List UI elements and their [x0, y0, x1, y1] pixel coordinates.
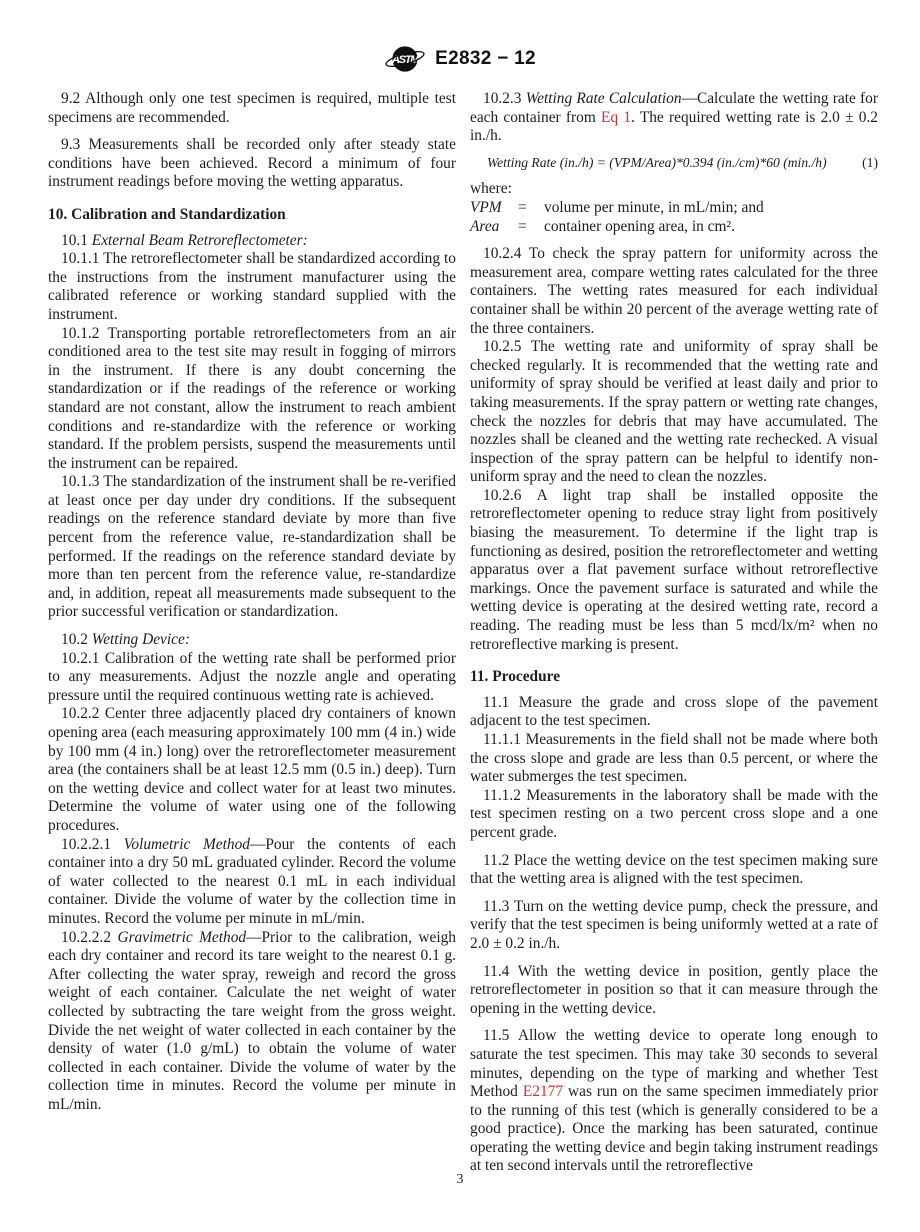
e2177-reference-link[interactable]: E2177 [523, 1083, 563, 1100]
heading-section-11: 11. Procedure [470, 668, 878, 687]
subheading-10-1-title: External Beam Retroreflectometer: [92, 232, 308, 249]
definition-term: VPM [470, 199, 518, 218]
paragraph-10-2-2-1-number: 10.2.2.1 [61, 836, 111, 853]
paragraph-10-1-3: 10.1.3 The standardization of the instru… [48, 473, 456, 622]
paragraph-9-3: 9.3 Measurements shall be recorded only … [48, 136, 456, 192]
symbol-definitions: VPM = volume per minute, in mL/min; and … [470, 199, 878, 236]
paragraph-10-2-2-2: 10.2.2.2 Gravimetric Method—Prior to the… [48, 929, 456, 1115]
paragraph-10-2-2-2-text: —Prior to the calibration, weigh each dr… [48, 929, 456, 1113]
paragraph-10-2-2-2-method-name: Gravimetric Method [117, 929, 246, 946]
subheading-10-2-title: Wetting Device: [92, 631, 190, 648]
paragraph-11-4: 11.4 With the wetting device in position… [470, 963, 878, 1019]
paragraph-10-2-2-2-number: 10.2.2.2 [61, 929, 111, 946]
page-footer: 3 [0, 1172, 920, 1188]
paragraph-11-5: 11.5 Allow the wetting device to operate… [470, 1027, 878, 1176]
where-label: where: [470, 180, 878, 199]
paragraph-10-2-6: 10.2.6 A light trap shall be installed o… [470, 487, 878, 654]
eq-1-reference-link[interactable]: Eq 1 [601, 109, 631, 126]
equation-1-number: (1) [856, 154, 878, 173]
paragraph-11-3: 11.3 Turn on the wetting device pump, ch… [470, 898, 878, 954]
subheading-10-2-number: 10.2 [61, 631, 88, 648]
subheading-10-2: 10.2 Wetting Device: [48, 631, 456, 650]
paragraph-10-1-2: 10.1.2 Transporting portable retroreflec… [48, 325, 456, 474]
definition-row-vpm: VPM = volume per minute, in mL/min; and [470, 199, 878, 218]
equation-1: Wetting Rate (in./h) = (VPM/Area)*0.394 … [470, 154, 878, 173]
paragraph-10-2-3: 10.2.3 Wetting Rate Calculation—Calculat… [470, 90, 878, 146]
equation-1-body: Wetting Rate (in./h) = (VPM/Area)*0.394 … [487, 154, 827, 173]
subheading-10-1: 10.1 External Beam Retroreflectometer: [48, 232, 456, 251]
left-column: 9.2 Although only one test specimen is r… [48, 90, 456, 1176]
paragraph-11-1: 11.1 Measure the grade and cross slope o… [470, 694, 878, 731]
page-header: ASTM E2832 − 12 [0, 44, 920, 74]
equals-sign: = [518, 218, 544, 237]
paragraph-10-2-3-number: 10.2.3 [483, 90, 521, 107]
paragraph-11-2: 11.2 Place the wetting device on the tes… [470, 852, 878, 889]
heading-section-10: 10. Calibration and Standardization [48, 206, 456, 225]
equals-sign: = [518, 199, 544, 218]
paragraph-10-2-2: 10.2.2 Center three adjacently placed dr… [48, 705, 456, 835]
page-number: 3 [457, 1172, 464, 1187]
paragraph-11-1-2: 11.1.2 Measurements in the laboratory sh… [470, 787, 878, 843]
paragraph-10-2-2-1-method-name: Volumetric Method [124, 836, 250, 853]
paragraph-10-2-2-1: 10.2.2.1 Volumetric Method—Pour the cont… [48, 836, 456, 929]
definition-term: Area [470, 218, 518, 237]
paragraph-10-1-1: 10.1.1 The retroreflectometer shall be s… [48, 250, 456, 324]
two-column-body: 9.2 Although only one test specimen is r… [48, 90, 878, 1176]
definition-description: volume per minute, in mL/min; and [544, 199, 878, 218]
paragraph-10-2-1: 10.2.1 Calibration of the wetting rate s… [48, 650, 456, 706]
paragraph-10-2-3-method-name: Wetting Rate Calculation [526, 90, 682, 107]
definition-row-area: Area = container opening area, in cm². [470, 218, 878, 237]
definition-description: container opening area, in cm². [544, 218, 878, 237]
paragraph-11-1-1: 11.1.1 Measurements in the field shall n… [470, 731, 878, 787]
document-page: ASTM E2832 − 12 9.2 Although only one te… [0, 0, 920, 1232]
paragraph-10-2-4: 10.2.4 To check the spray pattern for un… [470, 245, 878, 338]
paragraph-10-2-5: 10.2.5 The wetting rate and uniformity o… [470, 338, 878, 487]
right-column: 10.2.3 Wetting Rate Calculation—Calculat… [470, 90, 878, 1176]
document-code: E2832 − 12 [435, 48, 536, 70]
subheading-10-1-number: 10.1 [61, 232, 88, 249]
astm-logo-icon: ASTM [384, 44, 426, 74]
paragraph-9-2: 9.2 Although only one test specimen is r… [48, 90, 456, 127]
